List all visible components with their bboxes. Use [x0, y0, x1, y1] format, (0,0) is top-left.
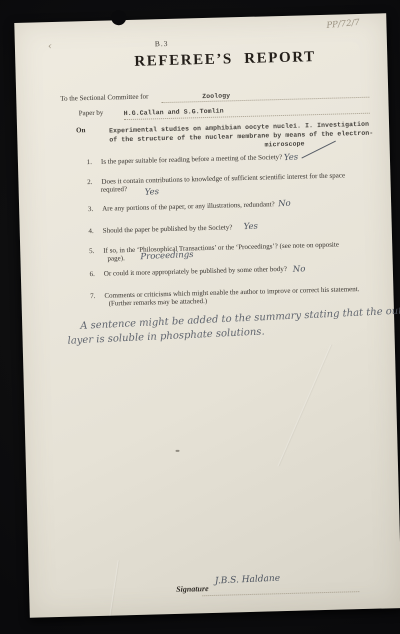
- question-number: 6.: [83, 270, 95, 278]
- answer-handwritten: Proceedings: [140, 250, 194, 262]
- committee-dotted-line: [161, 96, 369, 103]
- question-number: 1.: [80, 158, 92, 166]
- question-text-line2: required?: [101, 185, 128, 194]
- paper-speck: [176, 450, 180, 452]
- question-text: Are any portions of the paper, or any il…: [102, 200, 275, 213]
- question-text-line2: (Further remarks may be attached.): [109, 297, 208, 308]
- signature-handwritten: J.B.S. Haldane: [215, 574, 281, 587]
- paper-title-line3: microscope: [264, 139, 304, 149]
- question-number: 3.: [81, 205, 93, 213]
- question-text: Or could it more appropriately be publis…: [104, 265, 287, 278]
- answer-handwritten: Yes: [145, 187, 160, 198]
- form-title: REFEREE’S REPORT: [134, 49, 316, 71]
- paper-crease: [213, 343, 396, 468]
- pencil-check-mark: ‹: [48, 41, 52, 52]
- question-number: 4.: [82, 227, 94, 235]
- form-code: B.3: [155, 39, 169, 48]
- answer-handwritten: Yes: [243, 222, 258, 233]
- answer-handwritten: No: [278, 199, 291, 210]
- question-text-line2: page).: [107, 254, 125, 262]
- question-number: 7.: [83, 292, 95, 300]
- document-paper: PP/72/7 ‹ B.3 REFEREE’S REPORT To the Se…: [14, 13, 400, 618]
- answer-handwritten: Yes: [284, 152, 299, 163]
- committee-label: To the Sectional Committee for: [60, 92, 148, 102]
- question-text: Is the paper suitable for reading before…: [101, 153, 282, 166]
- answer-handwritten: No: [293, 264, 306, 275]
- photo-background: PP/72/7 ‹ B.3 REFEREE’S REPORT To the Se…: [0, 0, 400, 634]
- paper-by-label: Paper by: [79, 109, 104, 118]
- question-text: Comments or criticisms which might enabl…: [104, 285, 359, 300]
- question-text: If so, in the ‘Philosophical Transaction…: [103, 241, 339, 255]
- question-number: 2.: [80, 178, 92, 186]
- archive-reference-pencil: PP/72/7: [326, 18, 360, 31]
- ink-tick-mark: [301, 141, 335, 159]
- signature-label: Signature: [176, 584, 209, 594]
- question-number: 5.: [82, 247, 94, 255]
- on-label: On: [76, 126, 86, 134]
- paper-crease: [28, 558, 199, 617]
- punch-notch: [111, 10, 126, 25]
- signature-dotted-line: [202, 590, 359, 596]
- question-text: Should the paper be published by the Soc…: [103, 223, 233, 234]
- question-text: Does it contain contributions to knowled…: [101, 171, 345, 185]
